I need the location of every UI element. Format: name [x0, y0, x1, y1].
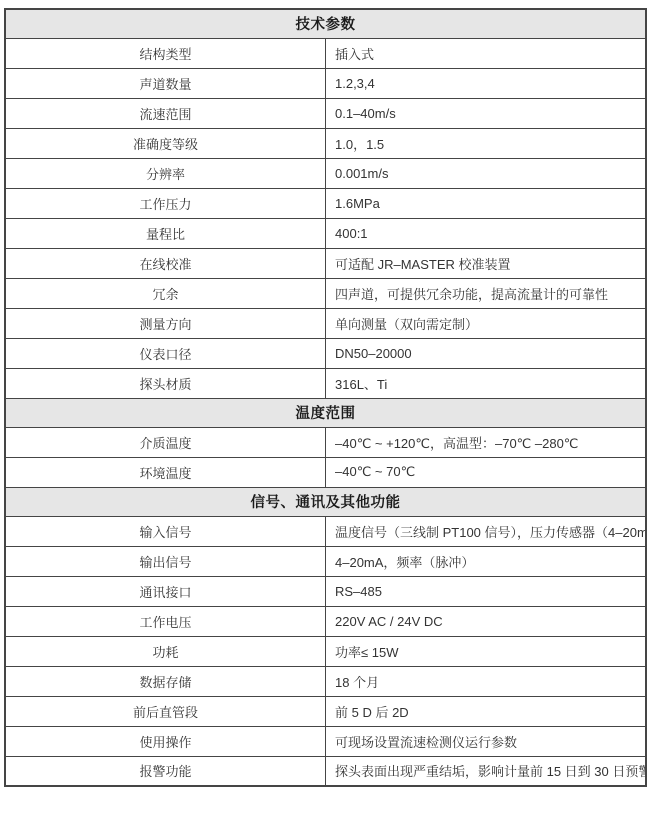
- spec-sheet-page: 技术参数结构类型插入式声道数量1.2,3,4流速范围0.1–40m/s准确度等级…: [0, 0, 650, 820]
- spec-label: 工作电压: [5, 606, 326, 636]
- spec-label: 仪表口径: [5, 338, 326, 368]
- section-header: 温度范围: [5, 398, 646, 427]
- spec-row: 前后直管段前 5 D 后 2D: [5, 696, 646, 726]
- spec-value: 可适配 JR–MASTER 校准装置: [326, 248, 647, 278]
- spec-label: 工作压力: [5, 188, 326, 218]
- spec-value: 316L、Ti: [326, 368, 647, 398]
- spec-value: 220V AC / 24V DC: [326, 606, 647, 636]
- spec-value: 0.1–40m/s: [326, 98, 647, 128]
- spec-row: 探头材质316L、Ti: [5, 368, 646, 398]
- spec-row: 准确度等级1.0，1.5: [5, 128, 646, 158]
- spec-row: 报警功能探头表面出现严重结垢，影响计量前 15 日到 30 日预警，提示维护: [5, 756, 646, 786]
- spec-row: 测量方向单向测量（双向需定制）: [5, 308, 646, 338]
- section-header-row: 技术参数: [5, 9, 646, 38]
- spec-value: –40℃ ~ 70℃: [326, 457, 647, 487]
- spec-label: 介质温度: [5, 427, 326, 457]
- spec-table-body: 技术参数结构类型插入式声道数量1.2,3,4流速范围0.1–40m/s准确度等级…: [5, 9, 646, 786]
- spec-value: –40℃ ~ +120℃，高温型：–70℃ –280℃: [326, 427, 647, 457]
- spec-label: 在线校准: [5, 248, 326, 278]
- spec-label: 输入信号: [5, 516, 326, 546]
- spec-row: 输出信号4–20mA，频率（脉冲）: [5, 546, 646, 576]
- spec-value: 1.6MPa: [326, 188, 647, 218]
- spec-label: 冗余: [5, 278, 326, 308]
- spec-value: 前 5 D 后 2D: [326, 696, 647, 726]
- spec-label: 输出信号: [5, 546, 326, 576]
- spec-row: 仪表口径DN50–20000: [5, 338, 646, 368]
- spec-row: 结构类型插入式: [5, 38, 646, 68]
- spec-label: 声道数量: [5, 68, 326, 98]
- spec-label: 环境温度: [5, 457, 326, 487]
- spec-value: 插入式: [326, 38, 647, 68]
- spec-label: 准确度等级: [5, 128, 326, 158]
- spec-label: 分辨率: [5, 158, 326, 188]
- spec-label: 探头材质: [5, 368, 326, 398]
- spec-row: 在线校准可适配 JR–MASTER 校准装置: [5, 248, 646, 278]
- spec-row: 输入信号温度信号（三线制 PT100 信号），压力传感器（4–20mA 压力传感…: [5, 516, 646, 546]
- spec-row: 通讯接口RS–485: [5, 576, 646, 606]
- spec-label: 通讯接口: [5, 576, 326, 606]
- spec-label: 报警功能: [5, 756, 326, 786]
- spec-value: DN50–20000: [326, 338, 647, 368]
- spec-label: 前后直管段: [5, 696, 326, 726]
- spec-value: 18 个月: [326, 666, 647, 696]
- spec-row: 介质温度–40℃ ~ +120℃，高温型：–70℃ –280℃: [5, 427, 646, 457]
- spec-value: 单向测量（双向需定制）: [326, 308, 647, 338]
- spec-label: 结构类型: [5, 38, 326, 68]
- spec-value: 四声道，可提供冗余功能，提高流量计的可靠性: [326, 278, 647, 308]
- spec-value: 可现场设置流速检测仪运行参数: [326, 726, 647, 756]
- spec-label: 量程比: [5, 218, 326, 248]
- spec-row: 流速范围0.1–40m/s: [5, 98, 646, 128]
- spec-value: 1.2,3,4: [326, 68, 647, 98]
- technical-parameters-table: 技术参数结构类型插入式声道数量1.2,3,4流速范围0.1–40m/s准确度等级…: [4, 8, 647, 787]
- spec-value: 探头表面出现严重结垢，影响计量前 15 日到 30 日预警，提示维护: [326, 756, 647, 786]
- section-header-row: 信号、通讯及其他功能: [5, 487, 646, 516]
- spec-value: 1.0，1.5: [326, 128, 647, 158]
- spec-value: 功率≤ 15W: [326, 636, 647, 666]
- spec-value: 0.001m/s: [326, 158, 647, 188]
- spec-label: 功耗: [5, 636, 326, 666]
- spec-value: 温度信号（三线制 PT100 信号），压力传感器（4–20mA 压力传感器）: [326, 516, 647, 546]
- spec-row: 冗余四声道，可提供冗余功能，提高流量计的可靠性: [5, 278, 646, 308]
- spec-label: 流速范围: [5, 98, 326, 128]
- section-header-row: 温度范围: [5, 398, 646, 427]
- spec-row: 工作电压220V AC / 24V DC: [5, 606, 646, 636]
- spec-row: 使用操作可现场设置流速检测仪运行参数: [5, 726, 646, 756]
- spec-row: 量程比400:1: [5, 218, 646, 248]
- spec-row: 分辨率0.001m/s: [5, 158, 646, 188]
- spec-value: 4–20mA，频率（脉冲）: [326, 546, 647, 576]
- section-header: 信号、通讯及其他功能: [5, 487, 646, 516]
- spec-row: 声道数量1.2,3,4: [5, 68, 646, 98]
- spec-row: 工作压力1.6MPa: [5, 188, 646, 218]
- spec-value: RS–485: [326, 576, 647, 606]
- spec-value: 400:1: [326, 218, 647, 248]
- section-header: 技术参数: [5, 9, 646, 38]
- spec-row: 环境温度–40℃ ~ 70℃: [5, 457, 646, 487]
- spec-label: 测量方向: [5, 308, 326, 338]
- spec-row: 数据存储18 个月: [5, 666, 646, 696]
- spec-label: 使用操作: [5, 726, 326, 756]
- spec-row: 功耗功率≤ 15W: [5, 636, 646, 666]
- spec-label: 数据存储: [5, 666, 326, 696]
